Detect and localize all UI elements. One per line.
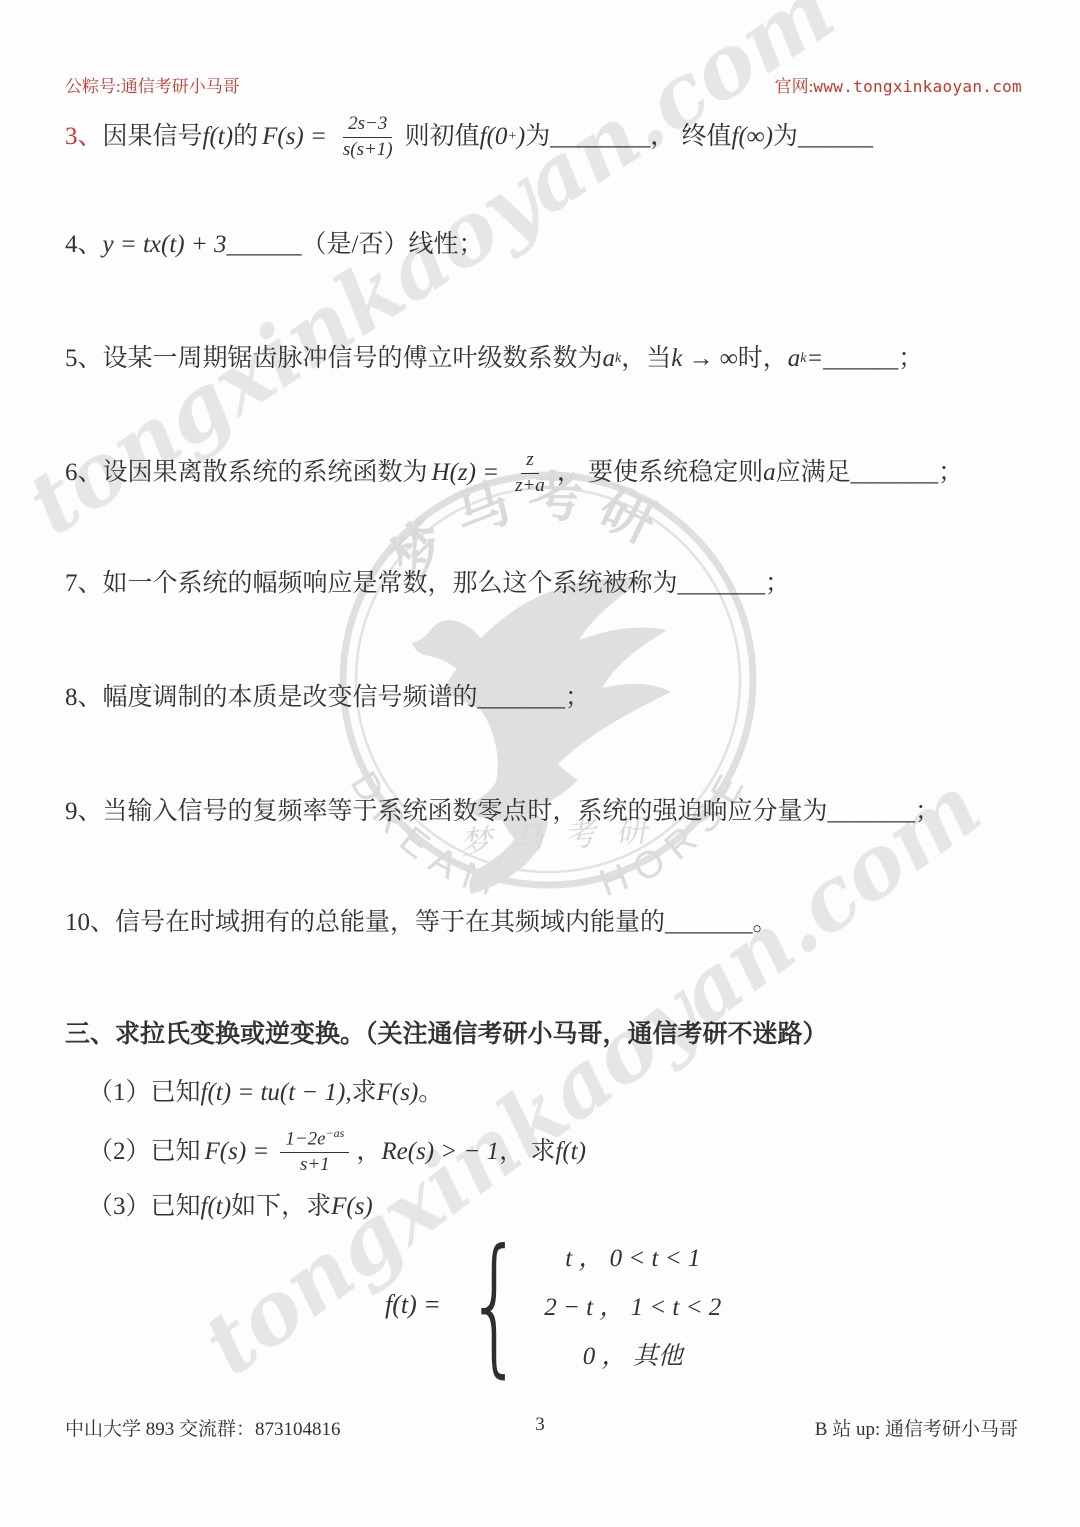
math-final-value: f(∞)	[732, 120, 773, 154]
fraction-denominator: s+1	[295, 1153, 335, 1178]
question-9-text: ；	[915, 795, 940, 829]
math-f-t: f(t)	[555, 1135, 586, 1169]
header-site-url: www.tongxinkaoyan.com	[813, 77, 1022, 96]
page-header: 公粽号:通信考研小马哥 官网:www.tongxinkaoyan.com	[65, 72, 1022, 97]
piecewise-cases: t ， 0 < t < 1 2 − t ， 1 < t < 2 0 ， 其他	[544, 1238, 721, 1372]
question-5-text: 设某一周期锯齿脉冲信号的傅立叶级数系数为	[103, 342, 603, 376]
question-4-text: （是/否）线性；	[302, 228, 484, 262]
part-2-text: ， 求	[499, 1135, 555, 1169]
part-2-text: ，	[356, 1135, 381, 1169]
math-close-paren: )	[517, 120, 525, 154]
math-f-t-definition: f(t) = tu(t − 1),	[201, 1076, 352, 1110]
fraction-denominator: s(s+1)	[338, 138, 398, 163]
numerator-base: 1−2e	[285, 1128, 325, 1149]
part-3-text: 已知	[151, 1190, 201, 1224]
question-7-text: 如一个系统的幅频响应是常数，那么这个系统被称为	[103, 567, 678, 601]
math-F-s-equals: F(s) =	[262, 120, 327, 154]
header-site-label: 官网:	[775, 77, 814, 96]
piecewise-case-3: 0 ， 其他	[583, 1336, 683, 1372]
numerator-exponent: −as	[326, 1126, 345, 1140]
question-7: 7、 如一个系统的幅频响应是常数，那么这个系统被称为 _______ ；	[65, 567, 790, 601]
answer-blank: _______	[851, 456, 939, 490]
math-a-k: a	[788, 342, 801, 376]
fraction-denominator: z+a	[510, 474, 550, 499]
part-2-number: （2）	[88, 1135, 151, 1169]
question-6-text: 设因果离散系统的系统函数为	[103, 456, 428, 490]
math-a: a	[763, 456, 776, 490]
question-6-text: ；	[938, 456, 963, 490]
question-3-number: 3、	[65, 120, 103, 154]
math-F-s-equals: F(s) =	[205, 1135, 270, 1169]
answer-blank: ______	[823, 342, 898, 376]
question-7-text: ；	[765, 567, 790, 601]
question-6-text: 应满足	[776, 456, 851, 490]
question-10: 10、 信号在时域拥有的总能量，等于在其频域内能量的 _______ 。	[65, 906, 778, 940]
piecewise-function: f(t) = { t ， 0 < t < 1 2 − t ， 1 < t < 2…	[385, 1238, 721, 1372]
question-9-number: 9、	[65, 795, 103, 829]
question-6: 6、 设因果离散系统的系统函数为 H(z) = z z+a ， 要使系统稳定则 …	[65, 448, 963, 498]
part-1-text: 已知	[151, 1076, 201, 1110]
part-2-text: 已知	[151, 1135, 201, 1169]
piecewise-case-1: t ， 0 < t < 1	[565, 1238, 700, 1274]
question-5-text: ；	[898, 342, 923, 376]
question-3-text: 则初值	[405, 120, 480, 154]
answer-blank: ______	[798, 120, 873, 154]
math-expression: y = tx(t) + 3	[103, 228, 227, 262]
answer-blank: ________	[550, 120, 650, 154]
question-5-text: ，当	[621, 342, 671, 376]
section-3-heading: 三、求拉氏变换或逆变换。（关注通信考研小马哥，通信考研不迷路）	[65, 1018, 828, 1052]
question-10-text: 信号在时域拥有的总能量，等于在其频域内能量的	[115, 906, 665, 940]
fraction: z z+a	[510, 448, 550, 498]
exam-page: tongxinkaoyan.com tongxinkaoyan.com 梦 马 …	[0, 0, 1080, 1527]
header-account-label: 公粽号:通信考研小马哥	[65, 72, 240, 97]
question-3: 3、 因果信号 f(t) 的 F(s) = 2s−3 s(s+1) 则初值 f(…	[65, 112, 873, 162]
part-1-text: 求	[352, 1076, 377, 1110]
page-number: 3	[535, 1414, 545, 1436]
question-10-text: 。	[753, 906, 778, 940]
math-a-k: a	[603, 342, 616, 376]
page-content: 公粽号:通信考研小马哥 官网:www.tongxinkaoyan.com 3、 …	[0, 0, 1080, 1527]
question-8-number: 8、	[65, 681, 103, 715]
answer-blank: _______	[678, 567, 766, 601]
math-f-t: f(t)	[203, 120, 234, 154]
piecewise-lhs: f(t) =	[385, 1290, 441, 1320]
math-initial-value: f(0	[480, 120, 508, 154]
part-3-number: （3）	[88, 1190, 151, 1224]
part-1-number: （1）	[88, 1076, 151, 1110]
math-F-s: F(s)	[377, 1076, 419, 1110]
question-5: 5、 设某一周期锯齿脉冲信号的傅立叶级数系数为 a k ，当 k → ∞ 时， …	[65, 342, 923, 376]
page-footer: 中山大学 893 交流群：873104816 3 B 站 up: 通信考研小马哥	[0, 1414, 1080, 1444]
piecewise-brace: {	[466, 1239, 523, 1371]
section-3-part-3: （3） 已知 f(t) 如下，求 F(s)	[88, 1190, 373, 1224]
footer-bilibili-info: B 站 up: 通信考研小马哥	[815, 1414, 1018, 1441]
question-3-text: 为	[773, 120, 798, 154]
math-equals: =	[806, 342, 823, 376]
part-3-text: 如下，求	[231, 1190, 331, 1224]
footer-bilibili-label: B 站 up:	[815, 1419, 880, 1440]
math-F-s: F(s)	[331, 1190, 373, 1224]
part-1-text: 。	[418, 1076, 443, 1110]
answer-blank: _______	[828, 795, 916, 829]
question-6-number: 6、	[65, 456, 103, 490]
fraction-numerator: z	[521, 448, 538, 474]
math-H-z-equals: H(z) =	[432, 456, 500, 490]
section-3-part-1: （1） 已知 f(t) = tu(t − 1), 求 F(s) 。	[88, 1076, 443, 1110]
answer-blank: ______	[227, 228, 302, 262]
question-8: 8、 幅度调制的本质是改变信号频谱的 _______ ；	[65, 681, 590, 715]
question-3-text: ， 终值	[650, 120, 731, 154]
question-7-number: 7、	[65, 567, 103, 601]
question-5-number: 5、	[65, 342, 103, 376]
section-3-heading-text: 三、求拉氏变换或逆变换。（关注通信考研小马哥，通信考研不迷路）	[65, 1018, 828, 1052]
math-k-to-infinity: k → ∞	[671, 342, 737, 376]
math-superscript-plus: +	[507, 120, 516, 154]
question-3-text: 为	[525, 120, 550, 154]
question-3-text: 因果信号	[103, 120, 203, 154]
question-5-text: 时，	[738, 342, 788, 376]
question-4: 4、 y = tx(t) + 3 ______ （是/否）线性；	[65, 228, 483, 262]
answer-blank: _______	[665, 906, 753, 940]
question-10-number: 10、	[65, 906, 115, 940]
math-region-of-convergence: Re(s) > − 1	[381, 1135, 499, 1169]
question-9-text: 当输入信号的复频率等于系统函数零点时，系统的强迫响应分量为	[103, 795, 828, 829]
fraction: 2s−3 s(s+1)	[338, 112, 398, 162]
answer-blank: _______	[478, 681, 566, 715]
question-8-text: 幅度调制的本质是改变信号频谱的	[103, 681, 478, 715]
footer-group-info: 中山大学 893 交流群：873104816	[65, 1414, 341, 1441]
footer-bilibili-name: 通信考研小马哥	[885, 1419, 1018, 1440]
question-3-text: 的	[233, 120, 258, 154]
fraction: 1−2e−as s+1	[280, 1126, 349, 1178]
question-9: 9、 当输入信号的复频率等于系统函数零点时，系统的强迫响应分量为 _______…	[65, 795, 940, 829]
fraction-numerator: 1−2e−as	[280, 1126, 349, 1153]
fraction-numerator: 2s−3	[343, 112, 392, 138]
question-6-text: ， 要使系统稳定则	[557, 456, 763, 490]
piecewise-case-2: 2 − t ， 1 < t < 2	[544, 1287, 721, 1323]
header-website: 官网:www.tongxinkaoyan.com	[775, 72, 1022, 97]
question-4-number: 4、	[65, 228, 103, 262]
question-8-text: ；	[565, 681, 590, 715]
math-f-t: f(t)	[201, 1190, 232, 1224]
section-3-part-2: （2） 已知 F(s) = 1−2e−as s+1 ， Re(s) > − 1 …	[88, 1126, 586, 1178]
